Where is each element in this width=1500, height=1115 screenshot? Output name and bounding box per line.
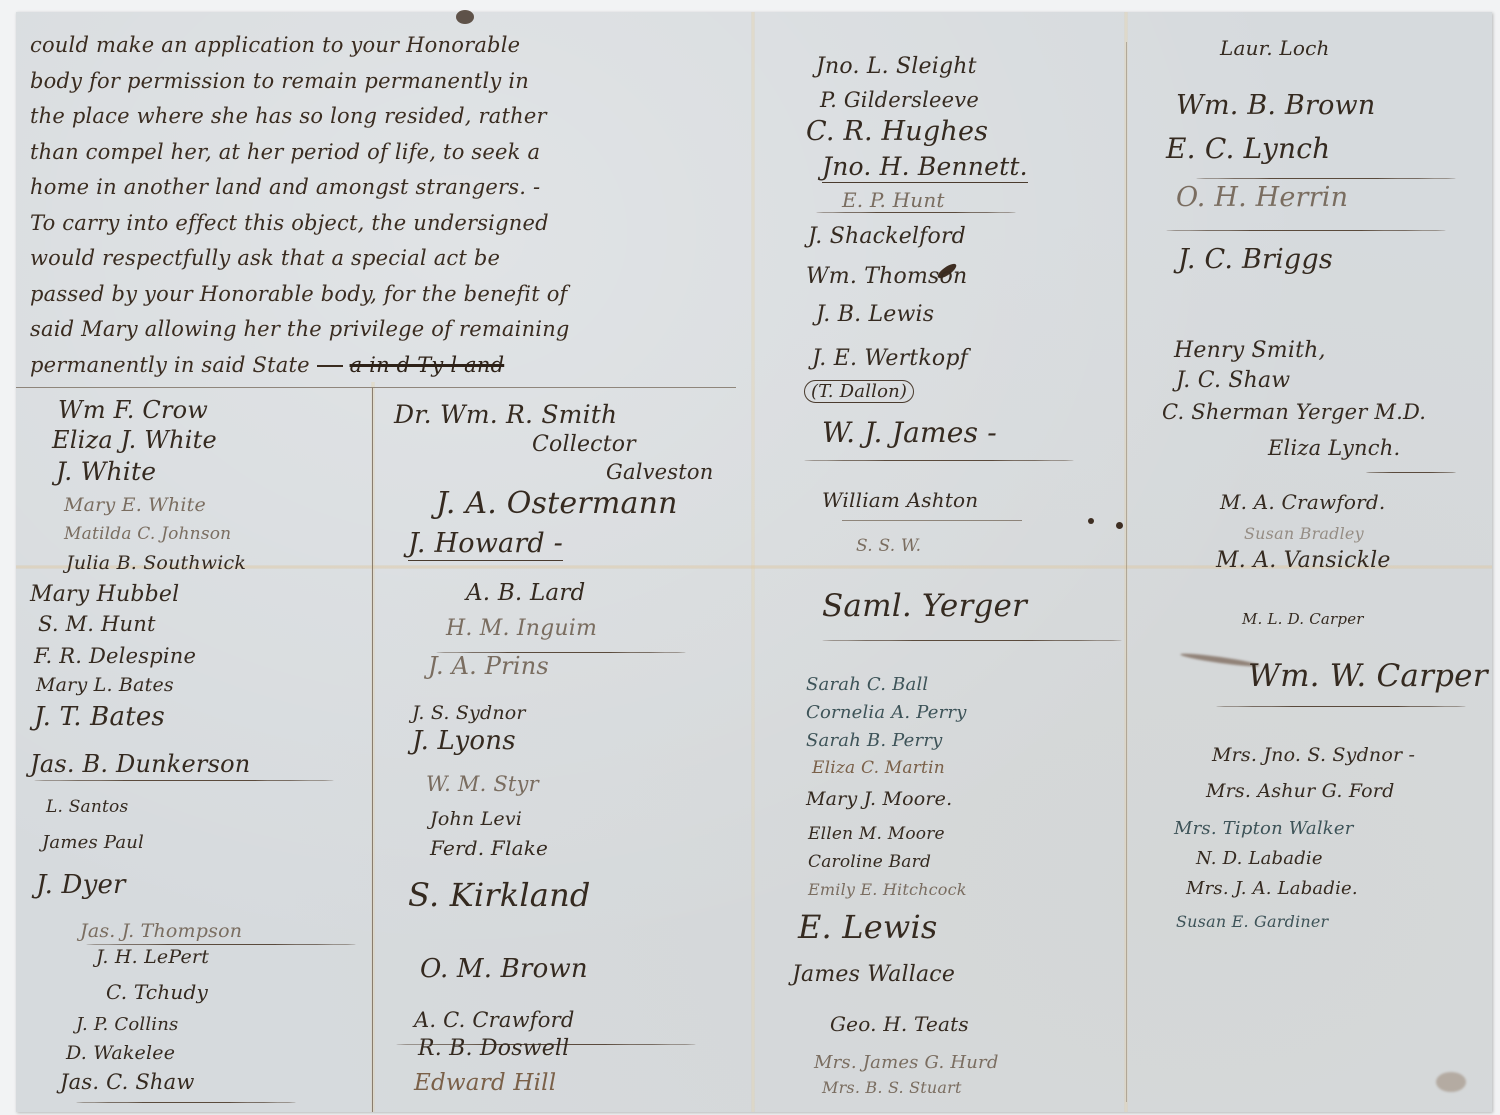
signature: Jas. C. Shaw	[60, 1070, 195, 1094]
signature: Mrs. B. S. Stuart	[822, 1078, 962, 1097]
signature: Jno. H. Bennett.	[822, 152, 1028, 183]
signature-flourish	[1166, 230, 1446, 231]
signature: Wm. Thomson	[806, 264, 967, 289]
signature: Mary J. Moore.	[806, 788, 952, 810]
signature: E. C. Lynch	[1166, 132, 1330, 165]
signature: C. R. Hughes	[806, 116, 988, 147]
signature: R. B. Doswell	[418, 1036, 569, 1061]
signature: J. Howard -	[408, 528, 563, 561]
signature: J. C. Briggs	[1178, 244, 1333, 275]
signature-location: Galveston	[606, 460, 714, 484]
signature: O. M. Brown	[420, 954, 588, 984]
signature: A. B. Lard	[466, 580, 585, 606]
ink-blot	[456, 10, 474, 24]
signature-flourish	[34, 780, 334, 781]
signature-flourish	[1216, 706, 1466, 707]
petition-line: said Mary allowing her the privilege of …	[30, 312, 740, 348]
petition-line: body for permission to remain permanentl…	[30, 64, 740, 100]
signature: J. E. Wertkopf	[812, 346, 968, 371]
signature: Laur. Loch	[1220, 36, 1330, 60]
signature: James Paul	[42, 832, 144, 853]
signature: S. Kirkland	[408, 876, 591, 914]
signature: J. T. Bates	[34, 702, 165, 732]
signature: Mrs. Jno. S. Sydnor -	[1212, 744, 1415, 766]
signature-flourish	[822, 640, 1122, 641]
right-edge-line	[1126, 42, 1127, 1102]
signature: Susan Bradley	[1244, 524, 1364, 543]
signature: C. Tchudy	[106, 980, 208, 1004]
signature: Eliza C. Martin	[812, 758, 945, 778]
signature: Matilda C. Johnson	[64, 524, 231, 544]
signature-underline	[842, 520, 1022, 521]
petition-line: could make an application to your Honora…	[30, 28, 740, 64]
signature: S. M. Hunt	[38, 612, 156, 636]
signature: Mrs. Tipton Walker	[1174, 818, 1354, 839]
ink-stain	[1436, 1072, 1466, 1092]
petition-line: permanently in said State	[30, 353, 310, 377]
signature: J. P. Collins	[76, 1014, 178, 1035]
signature: Mrs. J. A. Labadie.	[1186, 878, 1358, 899]
signature: Jas. B. Dunkerson	[30, 750, 250, 778]
signature: J. H. LePert	[96, 946, 209, 968]
signature: Dr. Wm. R. Smith	[394, 400, 617, 429]
petition-sheet: could make an application to your Honora…	[16, 12, 1492, 1112]
signature: Ellen M. Moore	[808, 824, 945, 844]
signature: Jno. L. Sleight	[816, 54, 977, 79]
signature-flourish	[816, 212, 1016, 213]
dash	[317, 365, 343, 367]
signature: Edward Hill	[414, 1070, 556, 1096]
signature: Eliza Lynch.	[1268, 436, 1400, 460]
signature-flourish	[1366, 472, 1456, 473]
signature-flourish	[76, 1102, 296, 1103]
petition-line: the place where she has so long resided,…	[30, 99, 740, 135]
signature-area-divider	[16, 387, 736, 388]
signature: Mary Hubbel	[30, 582, 179, 607]
signature: O. H. Herrin	[1176, 182, 1348, 213]
petition-line: home in another land and amongst strange…	[30, 170, 740, 206]
signature: Saml. Yerger	[822, 588, 1027, 624]
signature: William Ashton	[822, 488, 978, 512]
signature: M. A. Vansickle	[1216, 548, 1391, 573]
signature: J. C. Shaw	[1176, 368, 1290, 393]
petition-line: would respectfully ask that a special ac…	[30, 241, 740, 277]
signature: J. A. Prins	[428, 652, 549, 680]
signature: A. C. Crawford	[414, 1008, 575, 1032]
signature: Geo. H. Teats	[830, 1012, 969, 1036]
fold-line-vertical-2	[751, 12, 755, 1112]
signature: Julia B. Southwick	[66, 552, 246, 574]
signature: Wm. B. Brown	[1176, 90, 1375, 121]
signature-title: Collector	[532, 432, 636, 457]
signature: John Levi	[430, 808, 522, 830]
ink-blot	[1088, 518, 1094, 524]
signature: Henry Smith,	[1174, 338, 1326, 363]
signature: J. S. Sydnor	[412, 702, 526, 724]
signature: D. Wakelee	[66, 1042, 175, 1064]
signature: Wm F. Crow	[58, 396, 208, 424]
signature: M. A. Crawford.	[1220, 490, 1385, 514]
ink-blot	[1116, 522, 1123, 529]
signature: Sarah C. Ball	[806, 674, 928, 695]
signature: W. J. James -	[822, 416, 997, 449]
signature: L. Santos	[46, 797, 128, 817]
struck-out-text: a in d Ty l and	[350, 353, 505, 377]
signature: F. R. Delespine	[34, 644, 196, 668]
signature: S. S. W.	[856, 536, 921, 556]
signature: Sarah B. Perry	[806, 730, 943, 751]
signature: J. Dyer	[36, 870, 126, 900]
signature: Jas. J. Thompson	[80, 920, 242, 942]
signature: James Wallace	[792, 962, 955, 987]
signature: Mrs. Ashur G. Ford	[1206, 780, 1394, 802]
signature: Wm. W. Carper	[1248, 658, 1488, 694]
signature: Emily E. Hitchcock	[808, 880, 967, 899]
signature: J. Shackelford	[808, 224, 966, 249]
signature: Mary E. White	[64, 494, 206, 516]
signature: Cornelia A. Perry	[806, 702, 967, 723]
signature: Caroline Bard	[808, 852, 931, 872]
signature: Ferd. Flake	[430, 836, 548, 860]
signature: N. D. Labadie	[1196, 848, 1323, 869]
signature: M. L. D. Carper	[1242, 610, 1364, 628]
signature: Eliza J. White	[52, 426, 217, 454]
signature: J. White	[56, 457, 156, 486]
petition-line: passed by your Honorable body, for the b…	[30, 277, 740, 313]
signature: J. A. Ostermann	[436, 486, 678, 521]
signature: Mary L. Bates	[36, 674, 174, 696]
signature: W. M. Styr	[426, 772, 539, 796]
signature: E. P. Hunt	[842, 188, 945, 212]
signature: C. Sherman Yerger M.D.	[1162, 400, 1426, 424]
signature: Mrs. James G. Hurd	[814, 1052, 999, 1073]
signature-flourish	[86, 944, 356, 945]
signature-flourish	[1196, 178, 1456, 179]
signature: J. Lyons	[412, 726, 516, 756]
petition-line: than compel her, at her period of life, …	[30, 135, 740, 171]
signature: (T. Dallon)	[804, 380, 914, 403]
column-divider	[372, 388, 373, 1112]
signature: H. M. Inguim	[446, 616, 597, 641]
signature: J. B. Lewis	[816, 302, 934, 327]
petition-line: To carry into effect this object, the un…	[30, 206, 740, 242]
petition-line-last: permanently in said State a in d Ty l an…	[30, 348, 740, 384]
signature: P. Gildersleeve	[820, 88, 979, 112]
petition-text: could make an application to your Honora…	[30, 28, 740, 383]
signature: E. Lewis	[798, 908, 938, 946]
signature-flourish	[804, 460, 1074, 461]
signature: Susan E. Gardiner	[1176, 912, 1328, 931]
